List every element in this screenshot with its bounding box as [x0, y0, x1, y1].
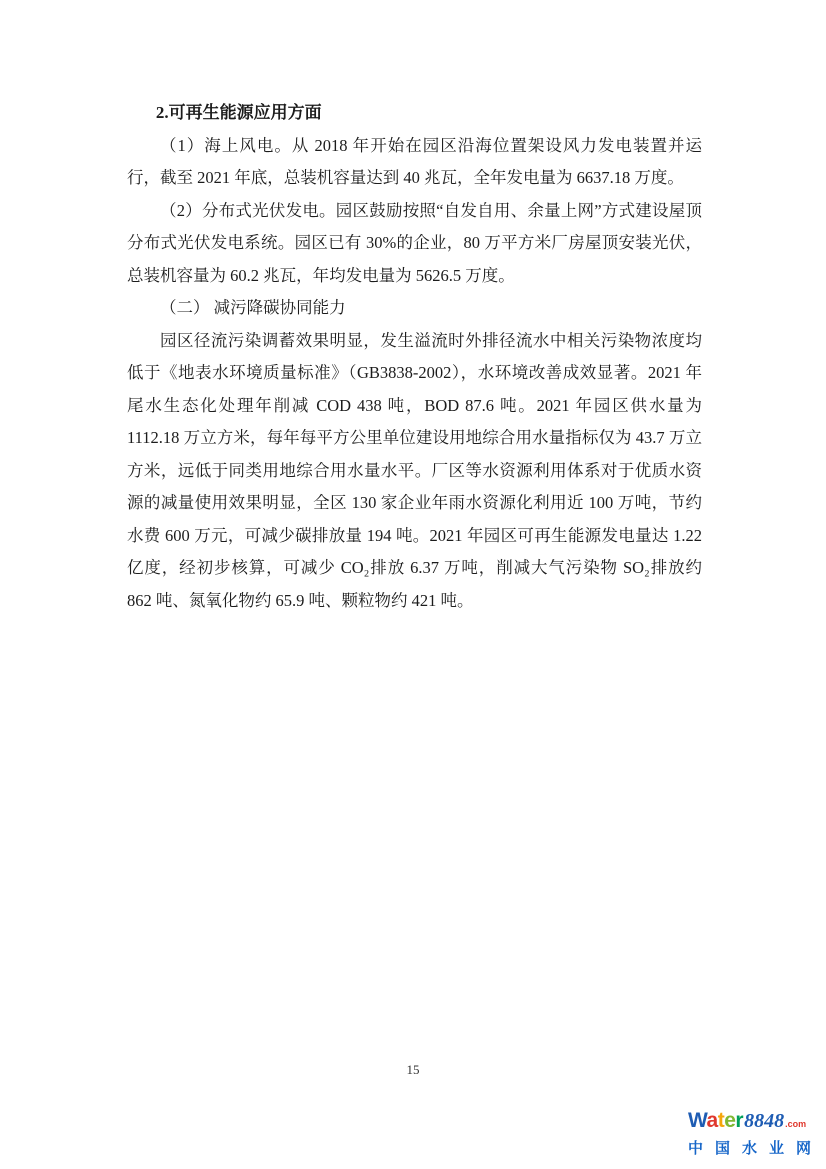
page-body: 2.可再生能源应用方面 （1）海上风电。从 2018 年开始在园区沿海位置架设风… — [127, 97, 702, 617]
paragraph-wind-power: （1）海上风电。从 2018 年开始在园区沿海位置架设风力发电装置并运行，截至 … — [127, 130, 702, 195]
logo-letter: r — [735, 1109, 743, 1132]
logo-word-water: Water — [688, 1109, 743, 1133]
water8848-logo: Water 8848 .com 中国水业网 — [688, 1109, 820, 1160]
logo-wordmark: Water 8848 .com — [688, 1109, 820, 1136]
logo-letter: e — [724, 1109, 735, 1132]
logo-tagline: 中国水业网 — [688, 1138, 826, 1160]
logo-letter: a — [707, 1109, 718, 1132]
paragraph-pollution-carbon: 园区径流污染调蓄效果明显，发生溢流时外排径流水中相关污染物浓度均低于《地表水环境… — [127, 325, 702, 618]
logo-letter: W — [688, 1109, 707, 1132]
paragraph-solar-pv: （2）分布式光伏发电。园区鼓励按照“自发自用、余量上网”方式建设屋顶分布式光伏发… — [127, 195, 702, 293]
subsection-heading: （二） 减污降碳协同能力 — [127, 292, 702, 325]
logo-domain-suffix: .com — [785, 1112, 806, 1136]
logo-number: 8848 — [744, 1109, 784, 1133]
page-number: 15 — [0, 1061, 826, 1079]
section-heading: 2.可再生能源应用方面 — [127, 97, 702, 130]
document-page: 2.可再生能源应用方面 （1）海上风电。从 2018 年开始在园区沿海位置架设风… — [0, 0, 826, 1169]
